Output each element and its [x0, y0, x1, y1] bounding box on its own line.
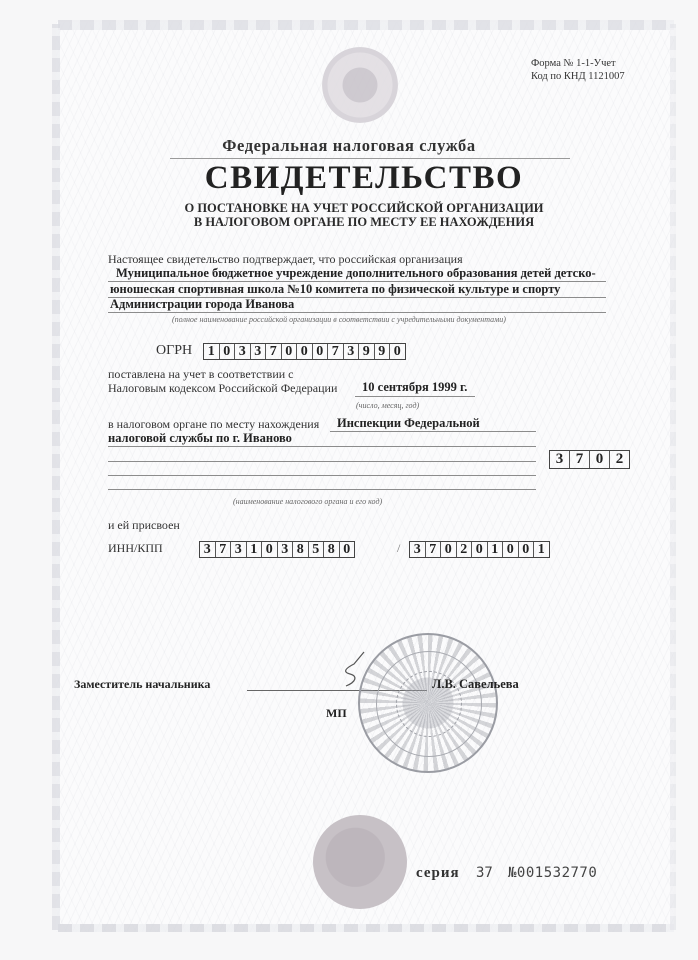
- ornamental-border-bottom: [58, 924, 674, 932]
- digit-cell: 3: [550, 451, 570, 468]
- fill-line: [355, 396, 475, 397]
- digit-cell: 7: [570, 451, 590, 468]
- digit-cell: 2: [610, 451, 629, 468]
- series-label: серия: [416, 865, 460, 882]
- ornamental-border-top: [58, 20, 674, 30]
- digit-cell: 7: [426, 542, 442, 557]
- assigned-label: и ей присвоен: [108, 518, 180, 533]
- digit-cell: 3: [200, 542, 216, 557]
- ogrn-label: ОГРН: [156, 343, 192, 359]
- registration-date: 10 сентября 1999 г.: [362, 380, 467, 395]
- tax-authority-name-line-2: налоговой службы по г. Иваново: [108, 431, 292, 446]
- registration-line-2: Налоговым кодексом Российской Федерации: [108, 381, 337, 396]
- official-seal-icon: [358, 633, 498, 773]
- document-subtitle: О ПОСТАНОВКЕ НА УЧЕТ РОССИЙСКОЙ ОРГАНИЗА…: [0, 201, 698, 229]
- fill-line: [108, 475, 536, 476]
- subtitle-line-1: О ПОСТАНОВКЕ НА УЧЕТ РОССИЙСКОЙ ОРГАНИЗА…: [0, 201, 698, 215]
- digit-cell: 9: [359, 344, 375, 359]
- digit-cell: 2: [457, 542, 473, 557]
- digit-cell: 0: [282, 344, 298, 359]
- digit-cell: 8: [324, 542, 340, 557]
- tax-authority-name-line-1: Инспекции Федеральной: [337, 416, 480, 431]
- digit-cell: 3: [344, 344, 360, 359]
- registration-line-1: поставлена на учет в соответствии с: [108, 367, 293, 382]
- organization-intro: Настоящее свидетельство подтверждает, чт…: [108, 252, 463, 267]
- fill-line: [108, 489, 536, 490]
- digit-cell: 0: [313, 344, 329, 359]
- digit-cell: 0: [262, 542, 278, 557]
- digit-cell: 3: [278, 542, 294, 557]
- ogrn-cells: 1033700073990: [203, 343, 406, 360]
- tax-authority-hint: (наименование налогового органа и его ко…: [233, 497, 382, 506]
- fill-line: [108, 446, 536, 447]
- tax-authority-label: в налоговом органе по месту нахождения: [108, 417, 319, 432]
- organization-name-line-2: юношеская спортивная школа №10 комитета …: [110, 282, 560, 297]
- digit-cell: 0: [220, 344, 236, 359]
- ogrn-field: 1033700073990: [203, 342, 406, 360]
- fill-line: [108, 312, 606, 313]
- digit-cell: 7: [266, 344, 282, 359]
- form-number: Форма № 1-1-Учет: [531, 57, 625, 70]
- digit-cell: 3: [235, 344, 251, 359]
- fill-line: [108, 461, 536, 462]
- agency-name: Федеральная налоговая служба: [0, 136, 698, 156]
- kpp-cells: 370201001: [409, 541, 550, 558]
- digit-cell: 0: [590, 451, 610, 468]
- digit-cell: 1: [488, 542, 504, 557]
- registration-date-hint: (число, месяц, год): [356, 401, 419, 410]
- knd-code: Код по КНД 1121007: [531, 70, 625, 83]
- inn-kpp-label: ИНН/КПП: [108, 541, 163, 556]
- inn-field: 3731038580: [199, 540, 355, 558]
- subtitle-line-2: В НАЛОГОВОМ ОРГАНЕ ПО МЕСТУ ЕЕ НАХОЖДЕНИ…: [0, 215, 698, 229]
- digit-cell: 0: [390, 344, 405, 359]
- inn-kpp-separator: /: [397, 541, 400, 556]
- digit-cell: 1: [204, 344, 220, 359]
- certificate-number: №001532770: [508, 865, 597, 881]
- agency-divider: [170, 158, 570, 159]
- digit-cell: 0: [340, 542, 355, 557]
- digit-cell: 7: [328, 344, 344, 359]
- form-meta: Форма № 1-1-Учет Код по КНД 1121007: [531, 57, 625, 83]
- digit-cell: 0: [503, 542, 519, 557]
- handwritten-signature-icon: [336, 650, 376, 690]
- fill-line: [330, 431, 536, 432]
- tax-authority-code-field: 3702: [549, 450, 630, 469]
- emblem-watermark-icon: [322, 47, 398, 123]
- organization-hint: (полное наименование российской организа…: [172, 315, 506, 324]
- inn-cells: 3731038580: [199, 541, 355, 558]
- digit-cell: 0: [441, 542, 457, 557]
- tax-authority-code-cells: 3702: [549, 450, 630, 469]
- organization-name-line-3: Администрации города Иванова: [110, 297, 294, 312]
- digit-cell: 0: [297, 344, 313, 359]
- kpp-field: 370201001: [409, 540, 550, 558]
- digit-cell: 3: [231, 542, 247, 557]
- signatory-position: Заместитель начальника: [74, 677, 210, 692]
- digit-cell: 7: [216, 542, 232, 557]
- digit-cell: 8: [293, 542, 309, 557]
- digit-cell: 3: [251, 344, 267, 359]
- signatory-name: Л.В. Савельева: [432, 677, 519, 692]
- digit-cell: 5: [309, 542, 325, 557]
- digit-cell: 0: [472, 542, 488, 557]
- digit-cell: 9: [375, 344, 391, 359]
- hologram-emblem-icon: [313, 815, 407, 909]
- stamp-label: МП: [326, 706, 347, 721]
- digit-cell: 3: [410, 542, 426, 557]
- digit-cell: 0: [519, 542, 535, 557]
- series-value: 37: [476, 865, 493, 881]
- digit-cell: 1: [534, 542, 549, 557]
- digit-cell: 1: [247, 542, 263, 557]
- document-title: СВИДЕТЕЛЬСТВО: [0, 160, 698, 197]
- organization-name-line-1: Муниципальное бюджетное учреждение допол…: [116, 266, 596, 281]
